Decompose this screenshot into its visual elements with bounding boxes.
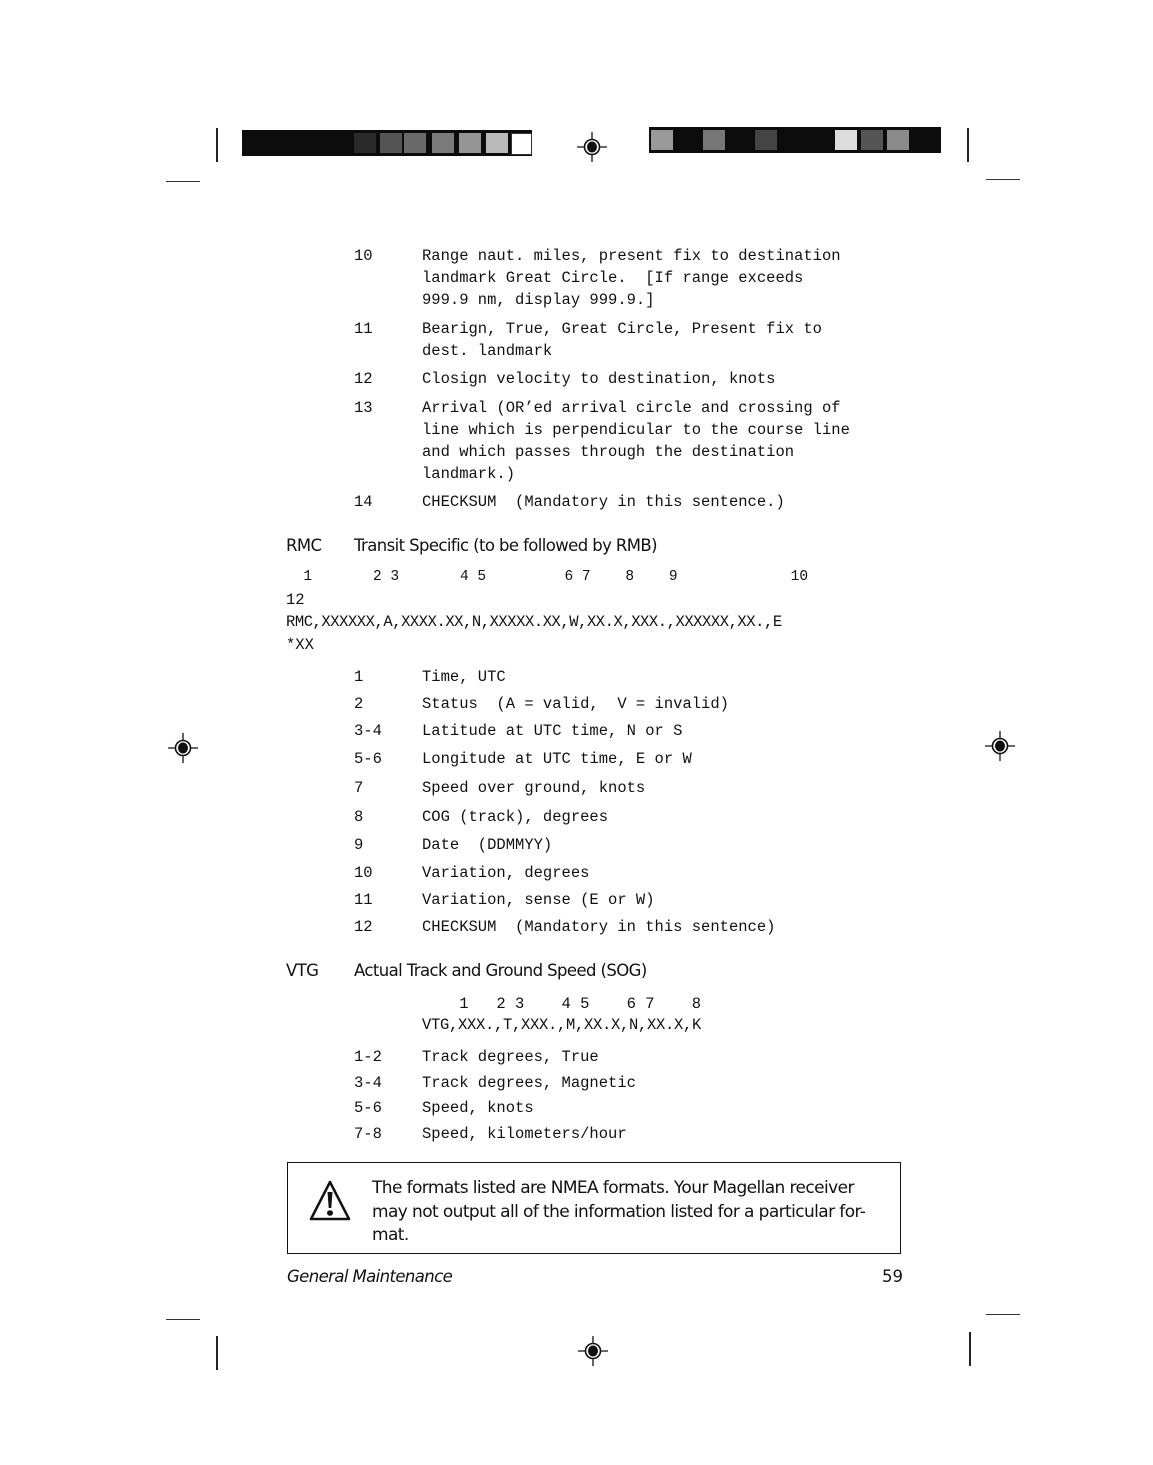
field-number: 11 [354,318,373,340]
field-description: Track degrees, Magnetic [422,1072,636,1094]
crop-mark-bottom-right-vertical [969,1332,971,1366]
field-number: 11 [354,889,373,911]
field-description: Longitude at UTC time, E or W [422,748,692,770]
vtg-sentence: VTG,XXX.,T,XXX.,M,XX.X,N,XX.X,K [422,1014,701,1036]
field-number: 14 [354,491,373,513]
field-number: 10 [354,245,373,267]
field-description: Time, UTC [422,666,506,688]
field-number: 1-2 [354,1046,382,1068]
crop-mark-top-left-horizontal [166,181,200,182]
field-description: Closign velocity to destination, knots [422,368,775,390]
footer-section-title: General Maintenance [287,1267,452,1286]
field-description: CHECKSUM (Mandatory in this sentence) [422,916,775,938]
crop-mark-bottom-left-horizontal [166,1319,200,1320]
field-number: 12 [354,916,373,938]
field-description: Variation, degrees [422,862,589,884]
field-number: 13 [354,397,373,419]
field-number: 12 [354,368,373,390]
field-number: 3-4 [354,1072,382,1094]
crosshair-registration-icon [168,733,198,763]
crop-mark-bottom-left-vertical [216,1336,218,1370]
field-number: 8 [354,806,363,828]
field-description: Speed, kilometers/hour [422,1123,627,1145]
section-code-rmc: RMC [286,536,321,555]
field-number: 7-8 [354,1123,382,1145]
crosshair-registration-icon [985,731,1015,761]
section-title-rmc: Transit Specific (to be followed by RMB) [354,536,657,555]
warning-note: The formats listed are NMEA formats. You… [287,1162,901,1254]
field-description: Speed over ground, knots [422,777,645,799]
field-number: 3-4 [354,720,382,742]
field-description: Track degrees, True [422,1046,599,1068]
field-number: 2 [354,693,363,715]
field-number: 5-6 [354,1097,382,1119]
color-calibration-bar [649,127,941,153]
field-description: CHECKSUM (Mandatory in this sentence.) [422,491,785,513]
crop-mark-top-left-vertical [216,128,218,162]
field-description: Latitude at UTC time, N or S [422,720,682,742]
field-description: COG (track), degrees [422,806,608,828]
field-description: Speed, knots [422,1097,534,1119]
field-description: Variation, sense (E or W) [422,889,655,911]
field-description: Arrival (OR’ed arrival circle and crossi… [422,397,850,485]
field-description: Date (DDMMYY) [422,834,552,856]
page-number: 59 [882,1267,903,1286]
rmc-sentence-wrap: *XX [286,634,314,656]
crosshair-registration-icon [578,1336,608,1366]
field-description: Range naut. miles, present fix to destin… [422,245,841,311]
rmc-sentence: RMC,XXXXXX,A,XXXX.XX,N,XXXXX.XX,W,XX.X,X… [286,611,782,633]
field-number: 1 [354,666,363,688]
field-number: 7 [354,777,363,799]
crop-mark-bottom-right-horizontal [986,1314,1020,1315]
crosshair-registration-icon [577,132,607,162]
vtg-field-index: 1 2 3 4 5 6 7 8 [422,993,701,1015]
warning-triangle-icon [308,1179,352,1228]
section-title-vtg: Actual Track and Ground Speed (SOG) [354,961,647,980]
field-number: 10 [354,862,373,884]
section-code-vtg: VTG [286,961,318,980]
field-number: 9 [354,834,363,856]
field-description: Bearign, True, Great Circle, Present fix… [422,318,822,362]
field-description: Status (A = valid, V = invalid) [422,693,729,715]
rmc-field-index: 1 2 3 4 5 6 7 8 9 10 [286,566,808,588]
crop-mark-top-right-vertical [967,128,969,162]
grayscale-calibration-bar [242,130,532,156]
field-number: 5-6 [354,748,382,770]
rmc-field-index-wrap: 12 [286,589,305,611]
warning-note-text: The formats listed are NMEA formats. You… [372,1177,892,1248]
crop-mark-top-right-horizontal [986,179,1020,180]
